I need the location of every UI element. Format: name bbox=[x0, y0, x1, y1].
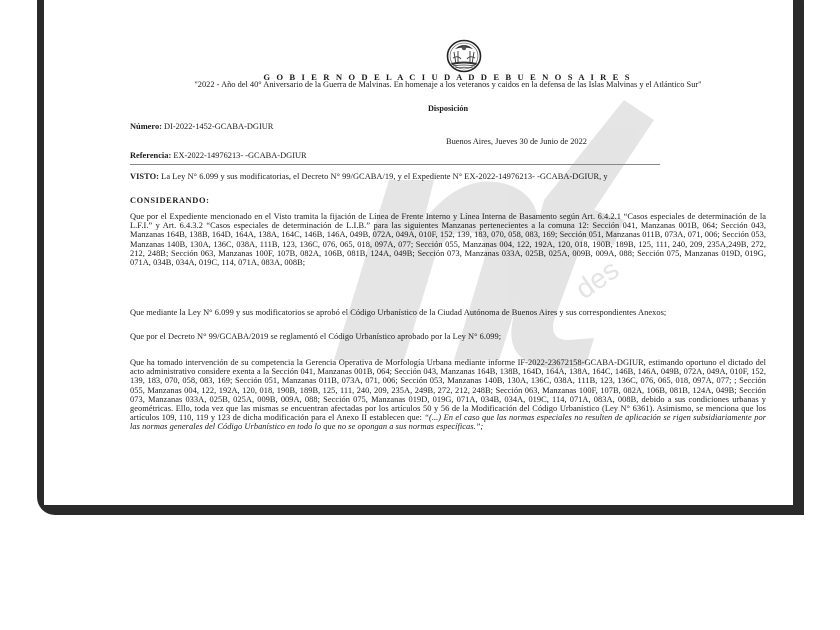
city-seal-icon bbox=[446, 38, 482, 74]
referencia-value: EX-2022-14976213- -GCABA-DGIUR bbox=[173, 151, 306, 160]
numero-value: DI-2022-1452-GCABA-DGIUR bbox=[164, 122, 273, 131]
visto-text: La Ley N° 6.099 y sus modificatorias, el… bbox=[161, 172, 607, 181]
referencia-label: Referencia: bbox=[130, 151, 171, 160]
header-divider bbox=[130, 164, 660, 165]
date-line: Buenos Aires, Jueves 30 de Junio de 2022 bbox=[446, 137, 587, 146]
visto-label: VISTO: bbox=[130, 172, 159, 181]
considerando-paragraph-2: Que mediante la Ley N° 6.099 y sus modif… bbox=[130, 308, 766, 317]
year-motto: "2022 - Año del 40° Aniversario de la Gu… bbox=[150, 80, 746, 90]
considerando-heading: CONSIDERANDO: bbox=[130, 196, 766, 205]
considerando-paragraph-3: Que por el Decreto N° 99/GCABA/2019 se r… bbox=[130, 332, 766, 341]
considerando-paragraph-1: Que por el Expediente mencionado en el V… bbox=[130, 212, 766, 267]
numero-label: Número: bbox=[130, 122, 162, 131]
document-page: des G O B I E R N O D E L A C I U D A D … bbox=[44, 0, 786, 505]
numero-row: Número: DI-2022-1452-GCABA-DGIUR bbox=[130, 122, 273, 131]
visto-paragraph: VISTO: La Ley N° 6.099 y sus modificator… bbox=[130, 172, 766, 181]
referencia-row: Referencia: EX-2022-14976213- -GCABA-DGI… bbox=[130, 151, 307, 160]
considerando-paragraph-4: Que ha tomado intervención de su compete… bbox=[130, 358, 766, 432]
document-type: Disposición bbox=[130, 104, 766, 113]
